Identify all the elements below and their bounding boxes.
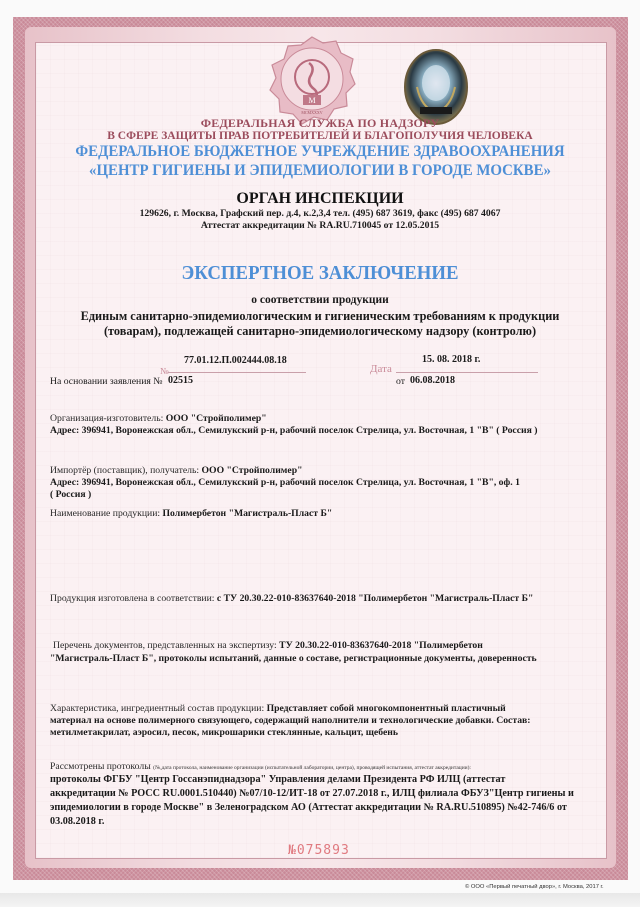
- importer-label: Импортёр (поставщик), получатель:: [50, 465, 199, 476]
- documents-label: Перечень документов, представленных на э…: [53, 640, 277, 651]
- composition-row: Характеристика, ингредиентный состав про…: [50, 703, 506, 714]
- institution-name-line1: ФЕДЕРАЛЬНОЕ БЮДЖЕТНОЕ УЧРЕЖДЕНИЕ ЗДРАВОО…: [22, 143, 617, 161]
- protocols-row: Рассмотрены протоколы (№,дата протокола,…: [50, 761, 471, 772]
- date-underline: [396, 372, 538, 373]
- protocols-hint: (№,дата протокола, наименование организа…: [153, 765, 471, 771]
- manufacturer-address: Адрес: 396941, Воронежская обл., Семилук…: [50, 425, 538, 436]
- documents-value-line2: "Магистраль-Пласт Б", протоколы испытани…: [50, 653, 537, 664]
- manufactured-label: Продукция изготовлена в соответствии:: [50, 593, 214, 604]
- document-subtitle-1: о соответствии продукции: [0, 294, 640, 306]
- medical-emblem-icon: M MCMXXXV: [267, 35, 357, 127]
- application-date: 06.08.2018: [410, 375, 455, 386]
- importer-address-line1: Адрес: 396941, Воронежская обл., Семилук…: [50, 477, 520, 488]
- manufacturer-value: ООО "Стройполимер": [166, 413, 267, 424]
- application-label: На основании заявления №: [50, 376, 163, 387]
- protocols-line3: эпидемиологии в городе Москве" в Зеленог…: [50, 802, 567, 813]
- importer-value: ООО "Стройполимер": [202, 465, 303, 476]
- application-number: 02515: [168, 375, 193, 386]
- product-row: Наименование продукции: Полимербетон "Ма…: [50, 508, 332, 519]
- manufactured-value: с ТУ 20.30.22-010-83637640-2018 "Полимер…: [217, 593, 534, 604]
- product-label: Наименование продукции:: [50, 508, 160, 519]
- importer-address-line2: ( Россия ): [50, 489, 91, 500]
- product-value: Полимербетон "Магистраль-Пласт Б": [163, 508, 333, 519]
- inspection-body-address: 129626, г. Москва, Графский пер. д.4, к.…: [0, 208, 640, 219]
- hologram-seal-icon: [403, 47, 469, 127]
- manufacturer-label: Организация-изготовитель:: [50, 413, 163, 424]
- conclusion-date: 15. 08. 2018 г.: [422, 354, 480, 365]
- documents-row: Перечень документов, представленных на э…: [53, 640, 483, 651]
- number-underline: [168, 372, 306, 373]
- documents-value-line1: ТУ 20.30.22-010-83637640-2018 "Полимербе…: [279, 640, 483, 651]
- page-shadow: [0, 893, 640, 907]
- printer-copyright: © ООО «Первый печатный двор», г. Москва,…: [465, 884, 604, 890]
- protocols-line4: 03.08.2018 г.: [50, 816, 104, 827]
- inspection-body-title: ОРГАН ИНСПЕКЦИИ: [0, 190, 640, 208]
- composition-value-line1: Представляет собой многокомпонентный пла…: [267, 703, 506, 714]
- date-label: Дата: [370, 363, 392, 375]
- manufactured-row: Продукция изготовлена в соответствии: с …: [50, 593, 533, 604]
- document-subtitle-2: Единым санитарно-эпидемиологическим и ги…: [0, 309, 640, 324]
- application-date-label: от: [396, 376, 405, 387]
- manufacturer-row: Организация-изготовитель: ООО "Стройполи…: [50, 413, 267, 424]
- composition-value-line3: метилметакрилат, аэросил, песок, микроша…: [50, 727, 398, 738]
- svg-text:M: M: [308, 96, 315, 105]
- inspection-body-accreditation: Аттестат аккредитации № RA.RU.710045 от …: [0, 220, 640, 231]
- protocols-label: Рассмотрены протоколы: [50, 761, 151, 772]
- protocols-line1: протоколы ФГБУ "Центр Госсанэпиднадзора"…: [50, 774, 505, 785]
- form-serial-number: №075893: [288, 843, 350, 858]
- agency-name-line2: В СФЕРЕ ЗАЩИТЫ ПРАВ ПОТРЕБИТЕЛЕЙ И БЛАГО…: [0, 130, 640, 142]
- conclusion-number: 77.01.12.П.002444.08.18: [184, 355, 287, 366]
- composition-value-line2: материал на основе полимерного связующег…: [50, 715, 531, 726]
- composition-label: Характеристика, ингредиентный состав про…: [50, 703, 264, 714]
- protocols-line2: аккредитации № РОСС RU.0001.510440) №07/…: [50, 788, 574, 799]
- importer-row: Импортёр (поставщик), получатель: ООО "С…: [50, 465, 302, 476]
- document-subtitle-3: (товарам), подлежащей санитарно-эпидемио…: [0, 324, 640, 339]
- institution-name-line2: «ЦЕНТР ГИГИЕНЫ И ЭПИДЕМИОЛОГИИ В ГОРОДЕ …: [22, 162, 617, 180]
- document-title: ЭКСПЕРТНОЕ ЗАКЛЮЧЕНИЕ: [19, 262, 621, 285]
- agency-name-line1: ФЕДЕРАЛЬНАЯ СЛУЖБА ПО НАДЗОРУ: [0, 116, 640, 131]
- svg-text:MCMXXXV: MCMXXXV: [301, 110, 322, 115]
